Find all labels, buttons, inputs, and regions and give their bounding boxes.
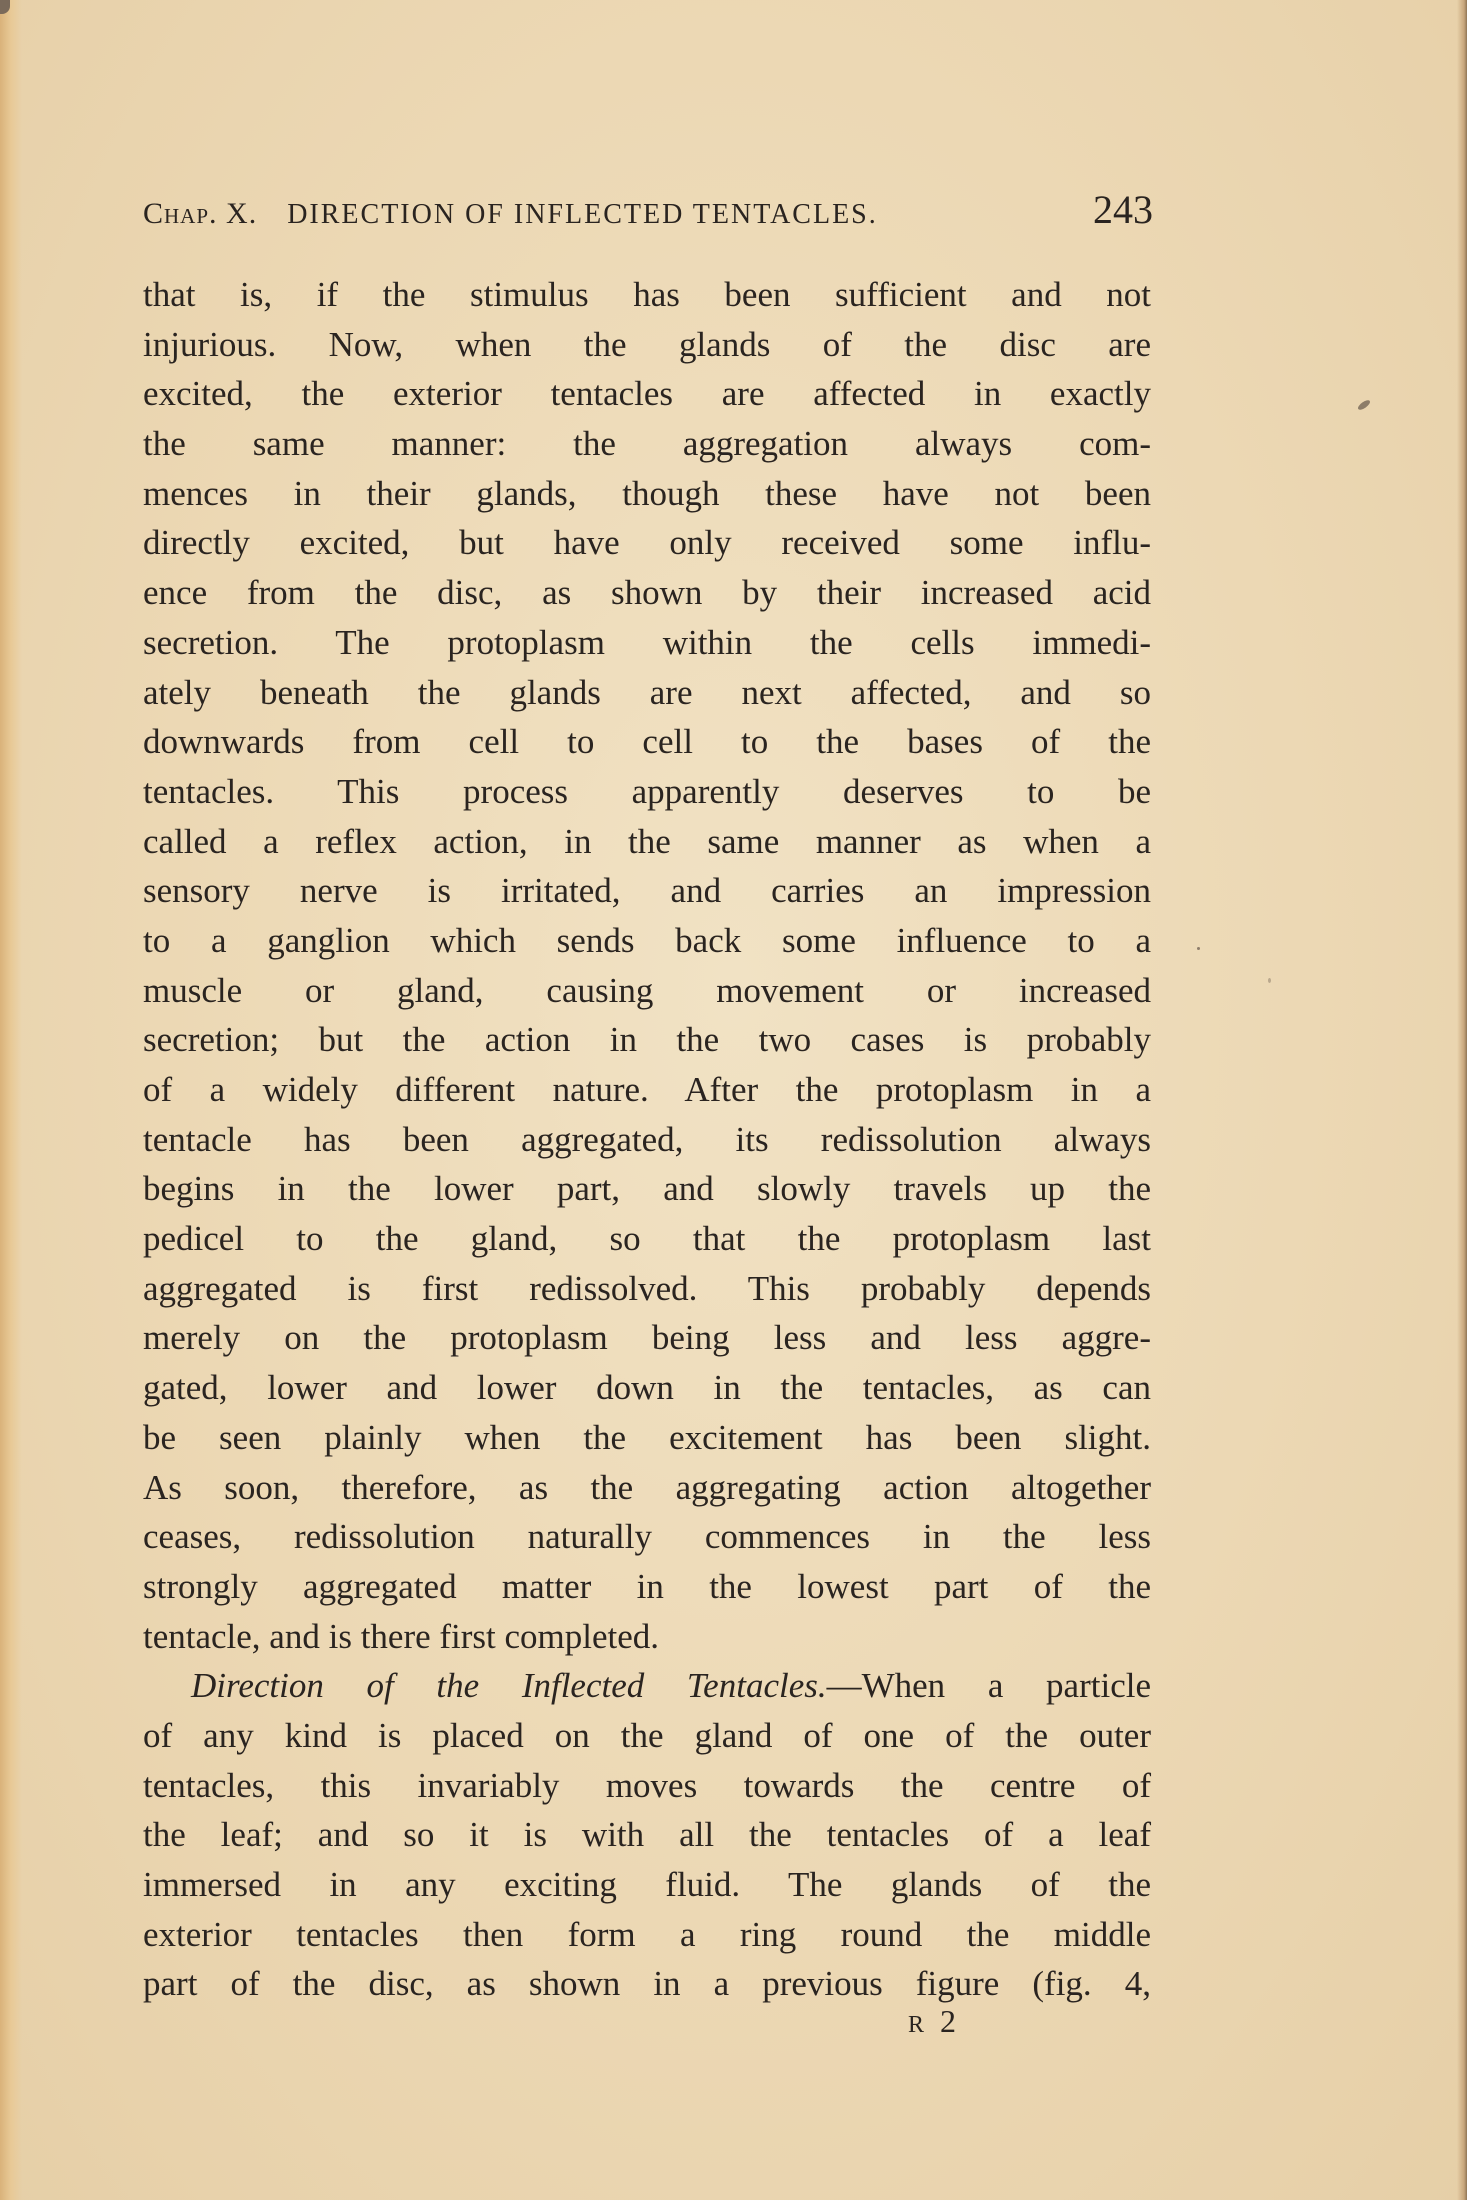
text-line: injurious. Now, when the glands of the d… (143, 320, 1151, 370)
text-line: exterior tentacles then form a ring roun… (143, 1910, 1151, 1960)
text-line: merely on the protoplasm being less and … (143, 1313, 1151, 1363)
text-line: directly excited, but have only received… (143, 518, 1151, 568)
text-line: aggregated is first redissolved. This pr… (143, 1264, 1151, 1314)
chapter-number: X. (226, 197, 257, 230)
chapter-prefix: Chap. (143, 197, 218, 230)
page-right-edge-shadow (1457, 0, 1467, 2200)
text-line: immersed in any exciting fluid. The glan… (143, 1860, 1151, 1910)
text-line: ately beneath the glands are next affect… (143, 668, 1151, 718)
text-line: secretion; but the action in the two cas… (143, 1015, 1151, 1065)
text-line: muscle or gland, causing movement or inc… (143, 966, 1151, 1016)
text-line: ceases, redissolution naturally commence… (143, 1512, 1151, 1562)
text-line: the leaf; and so it is with all the tent… (143, 1810, 1151, 1860)
paragraph-end-line: tentacle, and is there first completed. (143, 1612, 1151, 1662)
ink-speck (1268, 978, 1271, 983)
text-line: sensory nerve is irritated, and carries … (143, 866, 1151, 916)
ink-speck (1357, 399, 1372, 412)
ink-speck (1197, 947, 1200, 950)
text-line: downwards from cell to cell to the bases… (143, 717, 1151, 767)
text-line: that is, if the stimulus has been suffic… (143, 270, 1151, 320)
text-line: tentacles, this invariably moves towards… (143, 1761, 1151, 1811)
text-line: secretion. The protoplasm within the cel… (143, 618, 1151, 668)
text-line: tentacle has been aggregated, its rediss… (143, 1115, 1151, 1165)
signature-number: 2 (940, 2003, 958, 2039)
body-text: that is, if the stimulus has been suffic… (143, 270, 1151, 2009)
text-line: be seen plainly when the excitement has … (143, 1413, 1151, 1463)
running-header: Chap. X. DIRECTION OF INFLECTED TENTACLE… (143, 186, 1153, 236)
text-line: mences in their glands, though these hav… (143, 469, 1151, 519)
section-heading-line: Direction of the Inflected Tentacles.—Wh… (143, 1661, 1151, 1711)
text-line: pedicel to the gland, so that the protop… (143, 1214, 1151, 1264)
text-line: of a widely different nature. After the … (143, 1065, 1151, 1115)
book-page: Chap. X. DIRECTION OF INFLECTED TENTACLE… (0, 0, 1467, 2200)
page-left-edge-shadow (0, 0, 22, 2200)
printer-signature-mark: R2 (908, 2003, 958, 2040)
section-heading-continuation: —When a particle (827, 1666, 1151, 1705)
chapter-label: Chap. X. (143, 197, 257, 231)
text-line: strongly aggregated matter in the lowest… (143, 1562, 1151, 1612)
text-line: ence from the disc, as shown by their in… (143, 568, 1151, 618)
text-line: the same manner: the aggregation always … (143, 419, 1151, 469)
running-title: DIRECTION OF INFLECTED TENTACLES. (287, 199, 1093, 231)
text-line: begins in the lower part, and slowly tra… (143, 1164, 1151, 1214)
text-line: As soon, therefore, as the aggregating a… (143, 1463, 1151, 1513)
text-line: to a ganglion which sends back some infl… (143, 916, 1151, 966)
text-line: gated, lower and lower down in the tenta… (143, 1363, 1151, 1413)
signature-letter: R (908, 2012, 926, 2038)
text-line: called a reflex action, in the same mann… (143, 817, 1151, 867)
page-number: 243 (1093, 186, 1153, 233)
text-line: excited, the exterior tentacles are affe… (143, 369, 1151, 419)
section-heading: Direction of the Inflected Tentacles. (191, 1666, 827, 1705)
text-line: of any kind is placed on the gland of on… (143, 1711, 1151, 1761)
text-line: part of the disc, as shown in a previous… (143, 1959, 1151, 2009)
text-line: tentacles. This process apparently deser… (143, 767, 1151, 817)
